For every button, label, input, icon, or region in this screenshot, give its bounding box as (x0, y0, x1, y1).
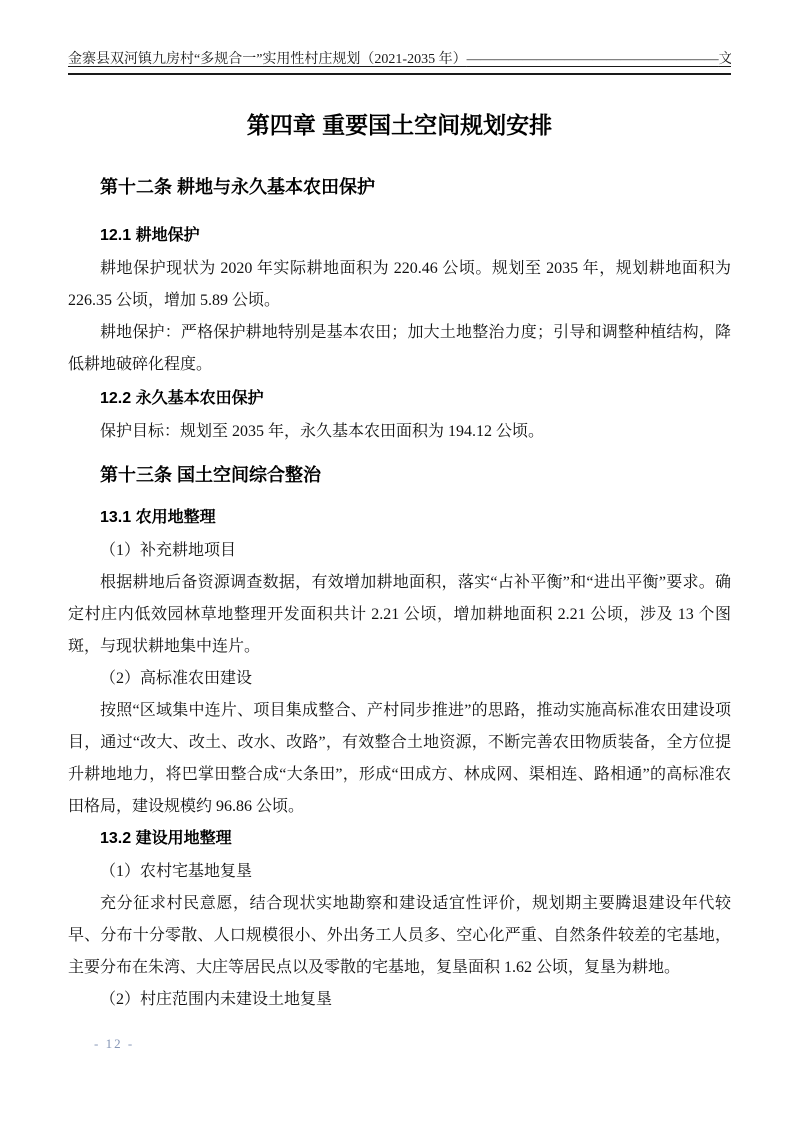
paragraph-cultivated-protect: 耕地保护：严格保护耕地特别是基本农田；加大土地整治力度；引导和调整种植结构，降低… (68, 317, 731, 381)
sub-heading-12-2: 12.2 永久基本农田保护 (100, 387, 731, 411)
paragraph-cultivated-status: 耕地保护现状为 2020 年实际耕地面积为 220.46 公顷。规划至 2035… (68, 253, 731, 317)
list-item-13-1-1: （1）补充耕地项目 (68, 535, 731, 567)
paragraph-homestead-reclaim: 充分征求村民意愿，结合现状实地勘察和建设适宜性评价，规划期主要腾退建设年代较早、… (68, 888, 731, 984)
list-item-13-2-1: （1）农村宅基地复垦 (68, 856, 731, 888)
list-item-13-2-2: （2）村庄范围内未建设土地复垦 (68, 984, 731, 1016)
chapter-title: 第四章 重要国土空间规划安排 (68, 108, 731, 142)
footer-page-number: - 12 - (94, 1036, 134, 1052)
article-heading-13: 第十三条 国土空间综合整治 (100, 462, 731, 488)
sub-heading-13-2: 13.2 建设用地整理 (100, 827, 731, 851)
paragraph-high-standard-farm: 按照“区域集中连片、项目集成整合、产村同步推进”的思路，推动实施高标准农田建设项… (68, 695, 731, 823)
list-item-13-1-2: （2）高标准农田建设 (68, 663, 731, 695)
paragraph-supplement-land: 根据耕地后备资源调查数据，有效增加耕地面积，落实“占补平衡”和“进出平衡”要求。… (68, 567, 731, 663)
article-heading-12: 第十二条 耕地与永久基本农田保护 (100, 174, 731, 200)
document-body: 第四章 重要国土空间规划安排 第十二条 耕地与永久基本农田保护 12.1 耕地保… (68, 0, 731, 1016)
sub-heading-12-1: 12.1 耕地保护 (100, 224, 731, 248)
paragraph-farmland-target: 保护目标：规划至 2035 年，永久基本农田面积为 194.12 公顷。 (68, 416, 731, 448)
document-page: 金寨县双河镇九房村“多规合一”实用性村庄规划（2021-2035 年）—————… (0, 0, 793, 1122)
sub-heading-13-1: 13.1 农用地整理 (100, 506, 731, 530)
